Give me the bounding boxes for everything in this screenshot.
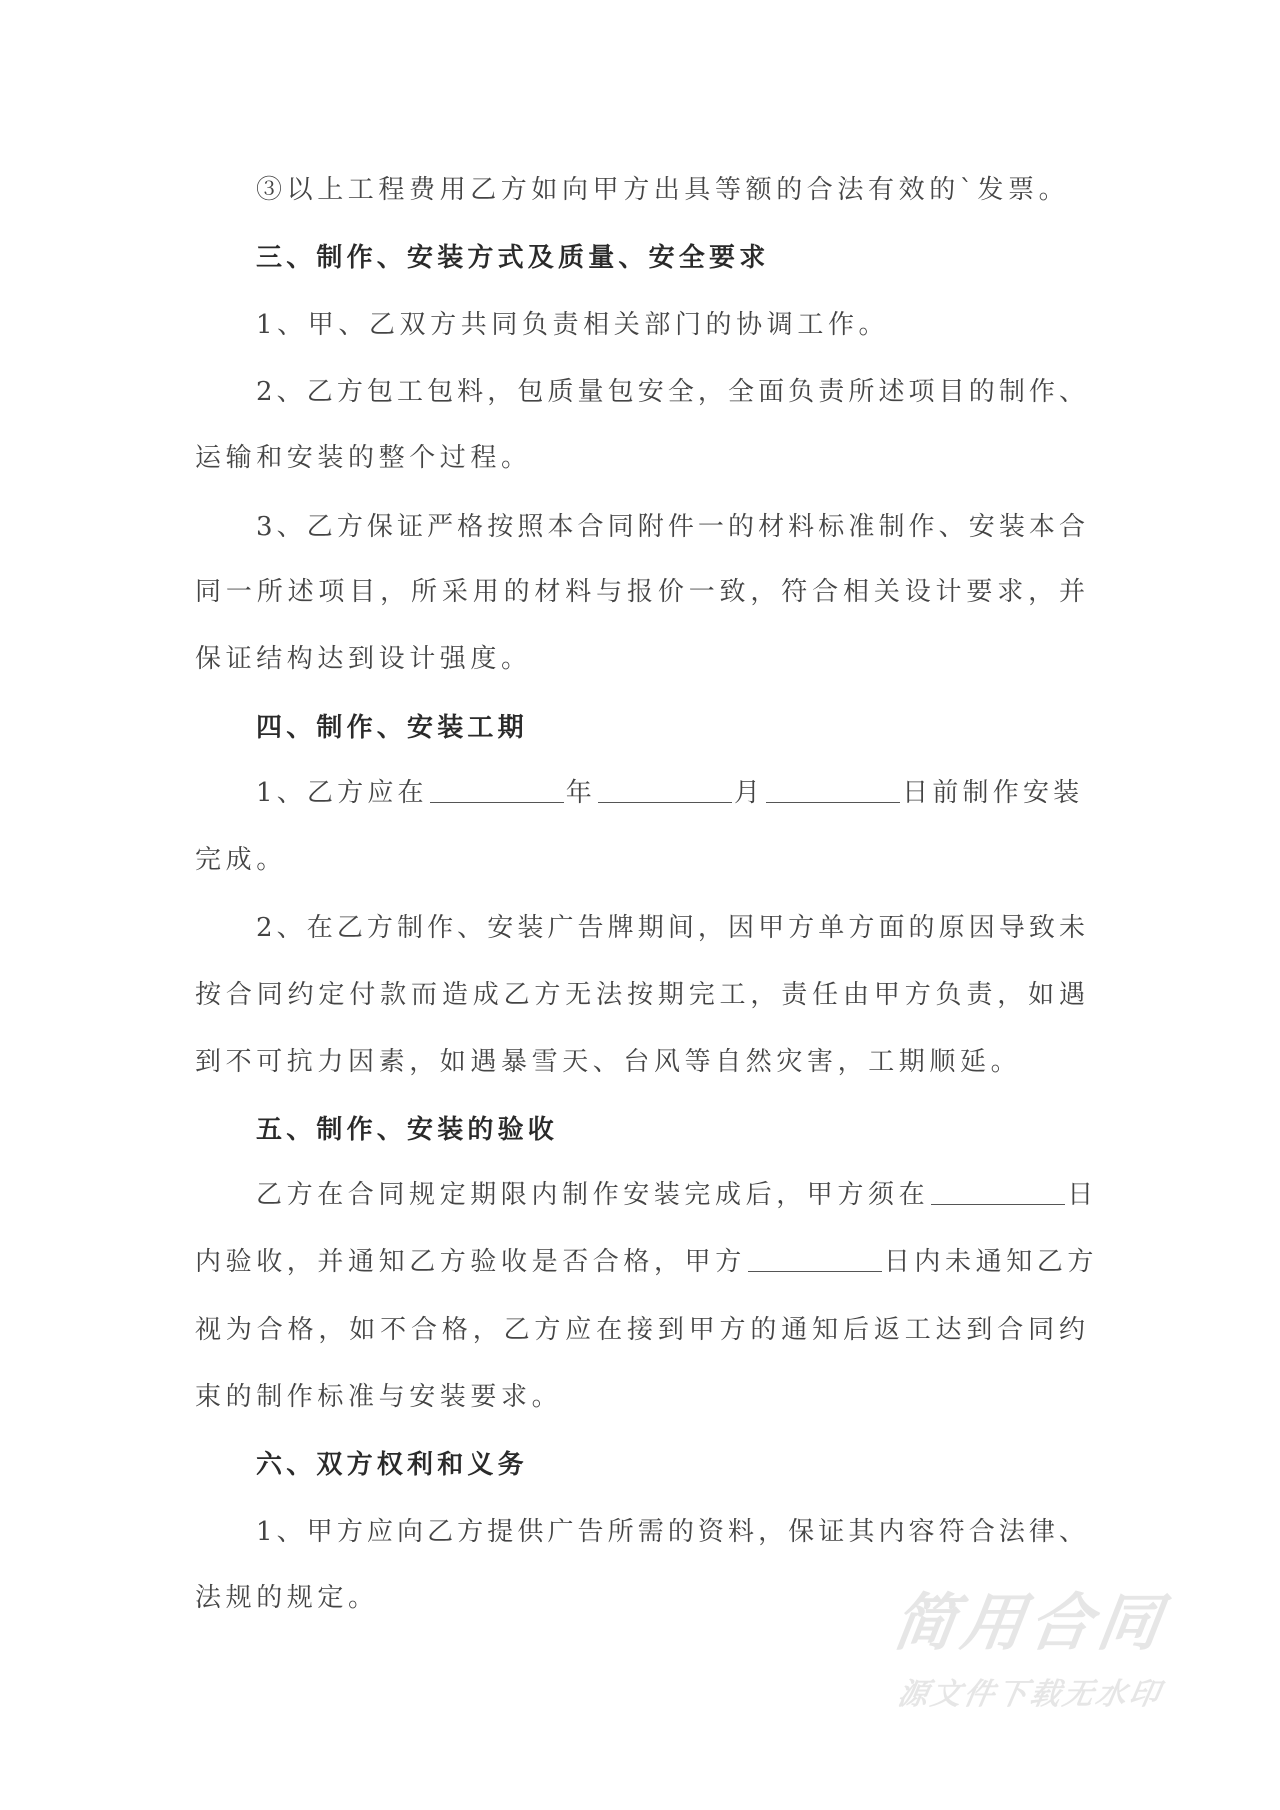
text-segment: 内验收，并通知乙方验收是否合格，甲方 [195,1247,746,1277]
paragraph-3-2-line1: 2、乙方包工包料，包质量包安全，全面负责所述项目的制作、 [256,372,1085,412]
text-segment: 乙方在合同规定期限内制作安装完成后，甲方须在 [256,1180,929,1210]
paragraph-5-line3: 视为合格，如不合格，乙方应在接到甲方的通知后返工达到合同约 [195,1310,1085,1350]
text-segment: 1、乙方应在 [256,778,428,808]
text-segment: 日内未通知乙方 [884,1247,1098,1277]
text-segment: 月 [734,778,764,808]
watermark: 简用合同 源文件下载无水印 [880,1590,1180,1712]
text-segment: 日 [1067,1180,1098,1210]
paragraph-6-1-line2: 法规的规定。 [195,1578,379,1618]
watermark-subtitle: 源文件下载无水印 [877,1678,1183,1712]
paragraph-4-2-line3: 到不可抗力因素，如遇暴雪天、台风等自然灾害，工期顺延。 [195,1042,1021,1082]
paragraph-invoice-clause: ③以上工程费用乙方如向甲方出具等额的合法有效的`发票。 [256,170,1069,210]
paragraph-4-2-line2: 按合同约定付款而造成乙方无法按期完工，责任由甲方负责，如遇 [195,975,1085,1015]
paragraph-4-1-line1: 1、乙方应在年月日前制作安装 [256,773,1083,813]
blank-days-field [748,1245,882,1272]
blank-month-field [598,776,732,803]
paragraph-4-1-line2: 完成。 [195,840,287,880]
blank-day-field [766,776,900,803]
paragraph-3-1: 1、甲、乙双方共同负责相关部门的协调工作。 [256,305,889,345]
section-heading-4: 四、制作、安装工期 [256,708,528,748]
paragraph-4-2-line1: 2、在乙方制作、安装广告牌期间，因甲方单方面的原因导致未 [256,908,1085,948]
paragraph-3-3-line1: 3、乙方保证严格按照本合同附件一的材料标准制作、安装本合 [256,507,1085,547]
paragraph-6-1-line1: 1、甲方应向乙方提供广告所需的资料，保证其内容符合法律、 [256,1512,1085,1552]
section-heading-5: 五、制作、安装的验收 [256,1110,558,1150]
text-segment: 年 [566,778,596,808]
paragraph-5-line2: 内验收，并通知乙方验收是否合格，甲方日内未通知乙方 [195,1242,1098,1282]
watermark-title: 简用合同 [875,1590,1184,1656]
blank-days-field [931,1178,1065,1205]
paragraph-3-2-line2: 运输和安装的整个过程。 [195,438,532,478]
paragraph-5-line1: 乙方在合同规定期限内制作安装完成后，甲方须在日 [256,1175,1098,1215]
section-heading-6: 六、双方权利和义务 [256,1445,528,1485]
document-page: ③以上工程费用乙方如向甲方出具等额的合法有效的`发票。 三、制作、安装方式及质量… [0,0,1280,1810]
section-heading-3: 三、制作、安装方式及质量、安全要求 [256,238,769,278]
text-segment: 日前制作安装 [902,778,1083,808]
paragraph-3-3-line3: 保证结构达到设计强度。 [195,639,532,679]
paragraph-3-3-line2: 同一所述项目，所采用的材料与报价一致，符合相关设计要求，并 [195,572,1085,612]
blank-year-field [430,776,564,803]
paragraph-5-line4: 束的制作标准与安装要求。 [195,1377,562,1417]
